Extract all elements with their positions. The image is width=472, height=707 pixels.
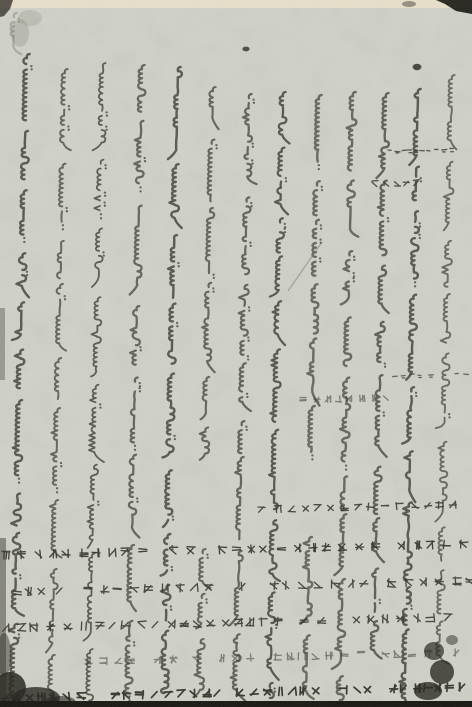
- manuscript-page: [0, 0, 472, 707]
- halftone-grain-overlay: [0, 0, 472, 707]
- scanned-document-photo: [0, 0, 472, 707]
